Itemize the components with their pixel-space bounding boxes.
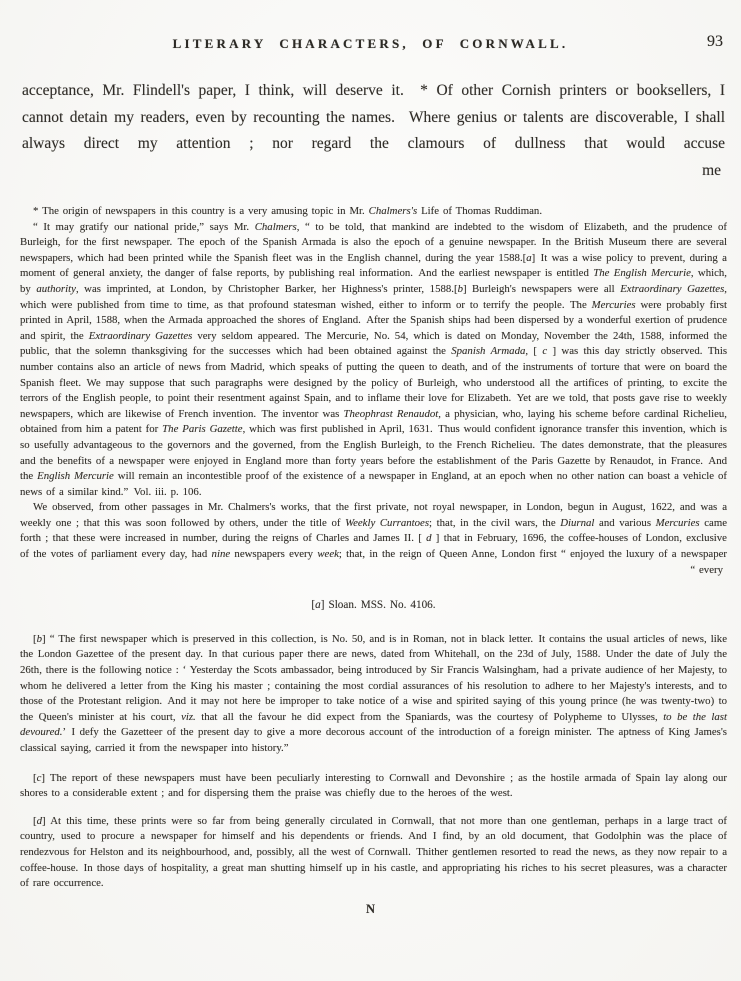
- main-catchword: me: [0, 158, 721, 185]
- running-title: LITERARY CHARACTERS, OF CORNWALL.: [173, 36, 569, 51]
- footnote-catchword: “ every: [20, 563, 727, 579]
- running-header: LITERARY CHARACTERS, OF CORNWALL. 93: [0, 36, 741, 52]
- main-text-paragraph: acceptance, Mr. Flindell's paper, I thin…: [22, 78, 725, 158]
- footnote-chalmers-quote: “ It may gratify our national pride,” sa…: [20, 220, 727, 501]
- note-a-reference: [a] Sloan. MSS. No. 4106.: [20, 598, 727, 614]
- note-d-paragraph: [d] At this time, these prints were so f…: [20, 814, 727, 892]
- signature-mark: N: [0, 902, 741, 917]
- scanned-book-page: LITERARY CHARACTERS, OF CORNWALL. 93 acc…: [0, 0, 741, 981]
- note-c-paragraph: [c] The report of these newspapers must …: [20, 771, 727, 802]
- footnote-block: * The origin of newspapers in this count…: [20, 204, 727, 892]
- footnote-observed-paragraph: We observed, from other passages in Mr. …: [20, 500, 727, 562]
- footnote-origin-line: * The origin of newspapers in this count…: [20, 204, 727, 220]
- page-number: 93: [707, 33, 723, 51]
- note-b-paragraph: [b] “ The first newspaper which is prese…: [20, 632, 727, 757]
